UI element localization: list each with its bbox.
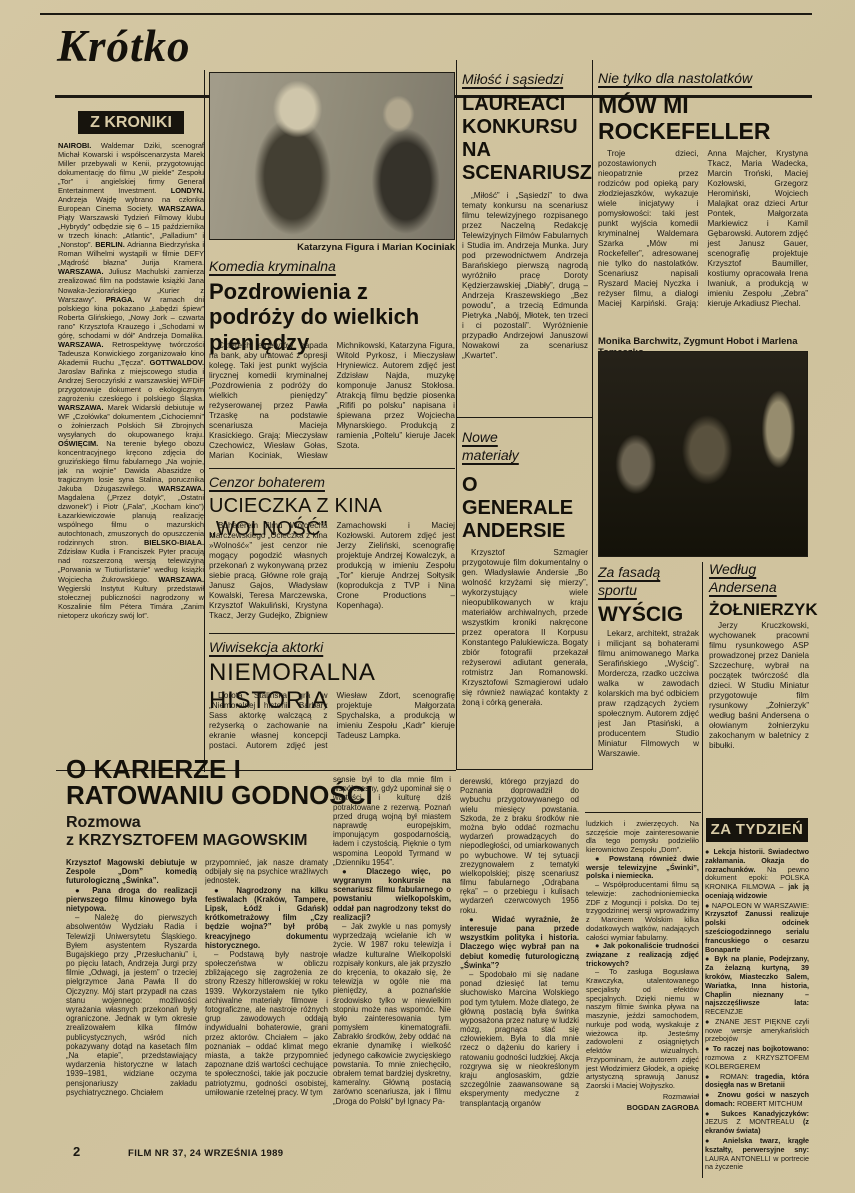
zolnierzyk-body: Jerzy Kruczkowski, wychowanek pracowni f…: [709, 621, 809, 805]
kicker-komedia-kryminalna: Komedia kryminalna: [209, 257, 336, 275]
photo-barchwitz-hobot-tomaszko: [598, 351, 808, 557]
column-c-bottom-rule: [456, 769, 593, 770]
headline-laureaci-konkursu: LAUREACI KONKURSU NA SCENARIUSZ: [462, 93, 589, 185]
photo-figura-kociniak: [209, 72, 455, 240]
andersie-body: Krzysztof Szmagier przygotowuje film dok…: [462, 548, 588, 766]
headline-zolnierzyk: ŻOŁNIERZYK: [709, 600, 818, 620]
interview-byline-line2: z KRZYSZTOFEM MAGOWSKIM: [66, 832, 366, 850]
newspaper-page: Krótko Z KRONIKI NAIROBI. Waldemar Dziki…: [0, 0, 855, 1193]
za-tydzien-list: ● Lekcja historii. Świadectwo zakłamania…: [705, 848, 809, 1178]
rockefeller-body: Troje dzieci, pozostawionych nieopatrzni…: [598, 149, 808, 333]
kicker-wiwisekcja-aktorki: Wiwisekcja aktorki: [209, 638, 323, 656]
kronika-header: Z KRONIKI: [78, 111, 184, 134]
kicker-nowe-materialy: Nowe materiały: [462, 428, 552, 464]
kronika-body: NAIROBI. Waldemar Dziki, scenograf Micha…: [58, 141, 204, 770]
kicker-wedlug-andersena: Według Andersena: [709, 560, 793, 596]
komedia-body: Czterech emerytów napada na bank, aby ur…: [209, 341, 455, 465]
cenzor-body: Bohaterem filmu Wojciecha Marczewskiego …: [209, 521, 455, 631]
column-rule-c-right: [592, 60, 593, 770]
column-rule-a-b: [204, 70, 205, 772]
headline-wyscig: WYŚCIG: [598, 603, 683, 627]
photo-caption-figura-kociniak: Katarzyna Figura i Marian Kociniak: [209, 242, 455, 253]
kicker-cenzor-bohaterem: Cenzor bohaterem: [209, 473, 325, 491]
interview-byline-line1: Rozmowa: [66, 814, 366, 832]
interview-column-4: derewski, którego przyjazd do Poznania d…: [460, 777, 579, 1147]
kicker-milosc-i-sasiedzi: Miłość i sąsiedzi: [462, 70, 563, 88]
interview-column-2: przypomnieć, jak nasze dramaty odbijały …: [205, 858, 328, 1147]
column-rule-d: [702, 562, 703, 1178]
za-tydzien-header: ZA TYDZIEŃ: [706, 818, 808, 842]
interview-byline: Rozmowa z KRZYSZTOFEM MAGOWSKIM: [66, 814, 366, 850]
page-number: 2: [73, 1144, 80, 1159]
kicker-nie-tylko-dla-nastolatkow: Nie tylko dla nastolatków: [598, 69, 752, 87]
headline-mow-mi-rockefeller: MÓW MI ROCKEFELLER: [598, 92, 810, 145]
laureaci-body: „Miłość” i „Sąsiedzi” to dwa tematy konk…: [462, 191, 588, 414]
top-edge-rule: [40, 13, 812, 15]
headline-o-karierze-i-ratowaniu-godnosci: O KARIERZE I RATOWANIU GODNOŚCI: [66, 756, 376, 808]
story-divider-3: [457, 417, 592, 418]
footer-issue-line: FILM NR 37, 24 WRZEŚNIA 1989: [128, 1148, 284, 1159]
interview-column-3: sensie był to dla mnie film i współczesn…: [333, 775, 451, 1147]
wyscig-bottom-rule: [585, 812, 701, 813]
story-divider-2: [209, 633, 455, 634]
headline-o-generale-andersie: O GENERALE ANDERSIE: [462, 474, 589, 543]
kicker-za-fasada-sportu: Za fasadą sportu: [598, 563, 682, 599]
masthead: Krótko: [57, 20, 191, 72]
story-divider-1: [209, 468, 455, 469]
interview-column-5: ludzkich i zwierzęcych. Na szczęście moj…: [586, 820, 699, 1147]
wyscig-body: Lekarz, architekt, strażak i milicjant s…: [598, 629, 699, 809]
interview-column-1: Krzysztof Magowski debiutuje w Zespole „…: [66, 858, 197, 1147]
